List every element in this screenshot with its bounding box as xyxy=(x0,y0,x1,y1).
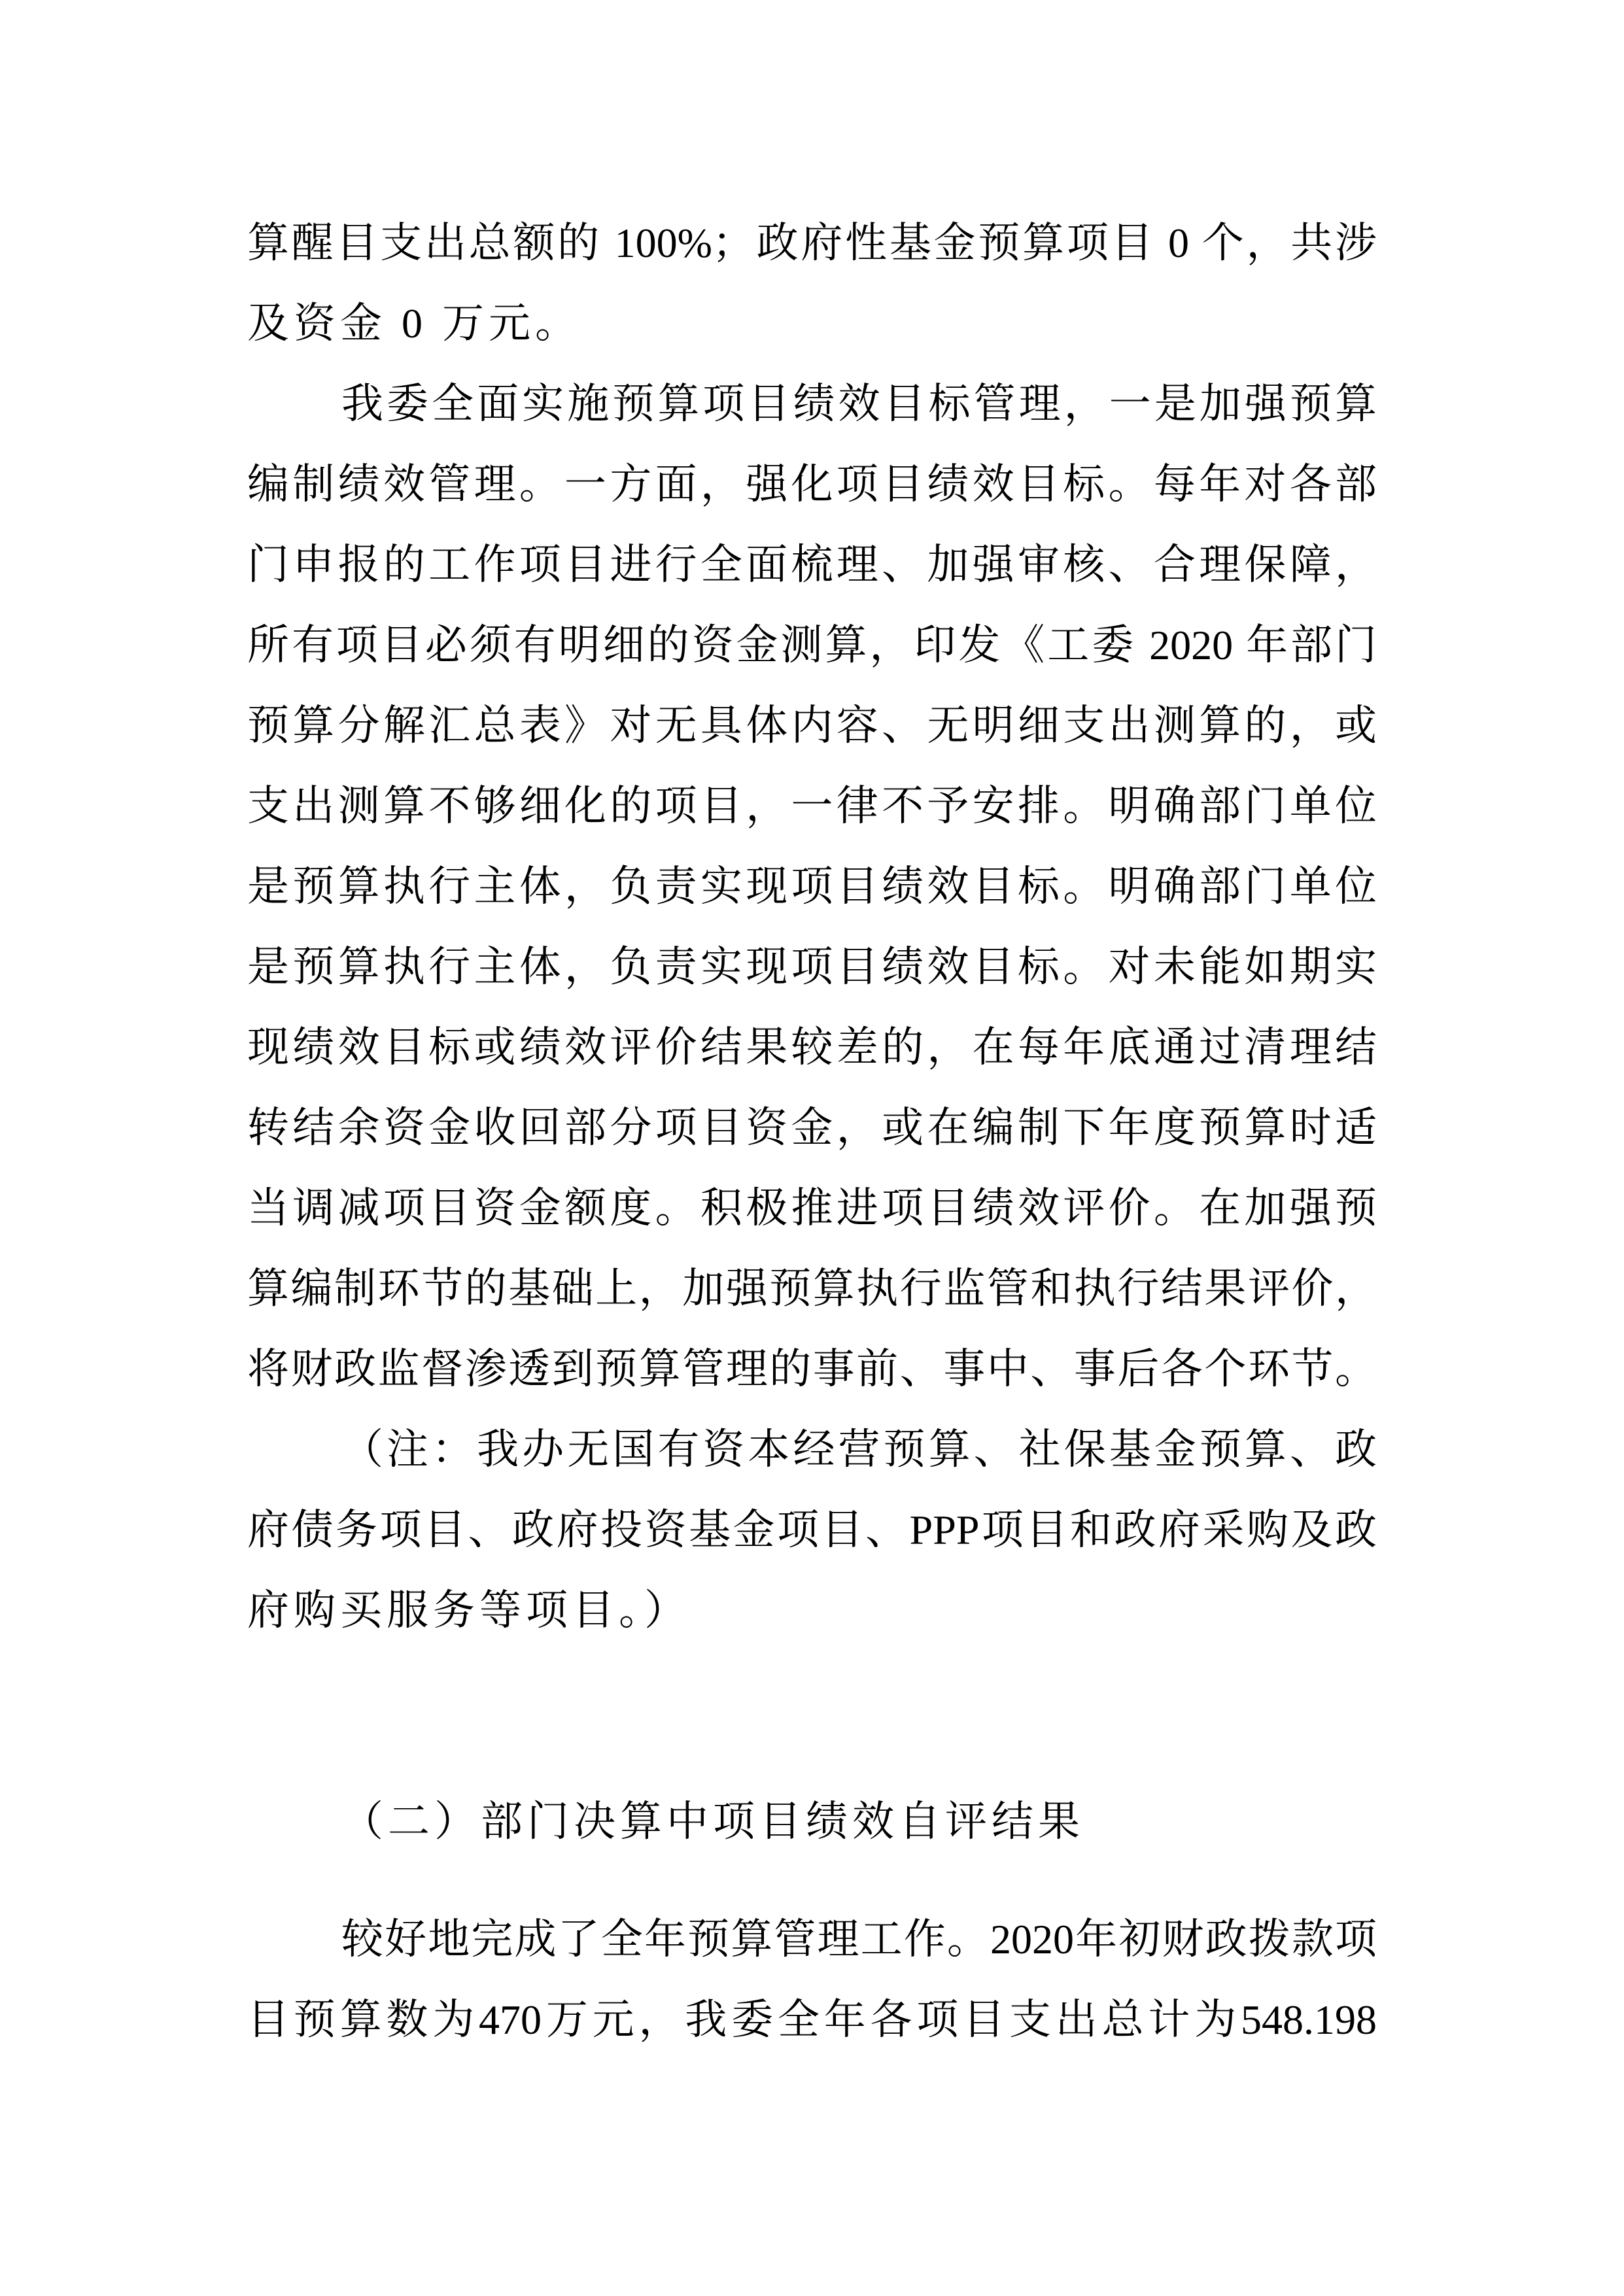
document-body: 算醒目支出总额的 100%；政府性基金预算项目 0 个，共涉 及资金 0 万元。… xyxy=(0,0,1624,2060)
body-line: 府购买服务等项目。） xyxy=(247,1570,1377,1651)
section-heading: （二）部门决算中项目绩效自评结果 xyxy=(247,1781,1377,1862)
body-line: 预算分解汇总表》对无具体内容、无明细支出测算的，或 xyxy=(247,685,1377,766)
body-line: 编制绩效管理。一方面，强化项目绩效目标。每年对各部 xyxy=(247,444,1377,524)
body-line: 我委全面实施预算项目绩效目标管理，一是加强预算 xyxy=(247,364,1377,444)
body-line: 将财政监督渗透到预算管理的事前、事中、事后各个环节。 xyxy=(247,1329,1377,1409)
body-line: 算醒目支出总额的 100%；政府性基金预算项目 0 个，共涉 xyxy=(247,203,1377,283)
body-line: 支出测算不够细化的项目，一律不予安排。明确部门单位 xyxy=(247,766,1377,846)
body-paragraph: 算醒目支出总额的 100%；政府性基金预算项目 0 个，共涉 及资金 0 万元。… xyxy=(247,203,1377,1651)
body-line: 算编制环节的基础上，加强预算执行监管和执行结果评价， xyxy=(247,1248,1377,1329)
body-line: 所有项目必须有明细的资金测算，印发《工委 2020 年部门 xyxy=(247,605,1377,685)
document-page: 算醒目支出总额的 100%；政府性基金预算项目 0 个，共涉 及资金 0 万元。… xyxy=(0,0,1624,2296)
body-line: 当调减项目资金额度。积极推进项目绩效评价。在加强预 xyxy=(247,1168,1377,1248)
body-line: 是预算执行主体，负责实现项目绩效目标。明确部门单位 xyxy=(247,846,1377,927)
body-line: 门申报的工作项目进行全面梳理、加强审核、合理保障， xyxy=(247,524,1377,605)
body-line: 较好地完成了全年预算管理工作。2020年初财政拨款项 xyxy=(247,1899,1377,1979)
body-line: 及资金 0 万元。 xyxy=(247,283,1377,364)
body-line: 转结余资金收回部分项目资金，或在编制下年度预算时适 xyxy=(247,1088,1377,1168)
body-line: 现绩效目标或绩效评价结果较差的，在每年底通过清理结 xyxy=(247,1007,1377,1088)
body-line: 府债务项目、政府投资基金项目、PPP项目和政府采购及政 xyxy=(247,1490,1377,1570)
body-line: 是预算执行主体，负责实现项目绩效目标。对未能如期实 xyxy=(247,927,1377,1007)
body-line: 目预算数为470万元，我委全年各项目支出总计为548.198 xyxy=(247,1979,1377,2060)
body-line: （注：我办无国有资本经营预算、社保基金预算、政 xyxy=(247,1409,1377,1490)
self-evaluation-paragraph: 较好地完成了全年预算管理工作。2020年初财政拨款项 目预算数为470万元，我委… xyxy=(247,1899,1377,2060)
